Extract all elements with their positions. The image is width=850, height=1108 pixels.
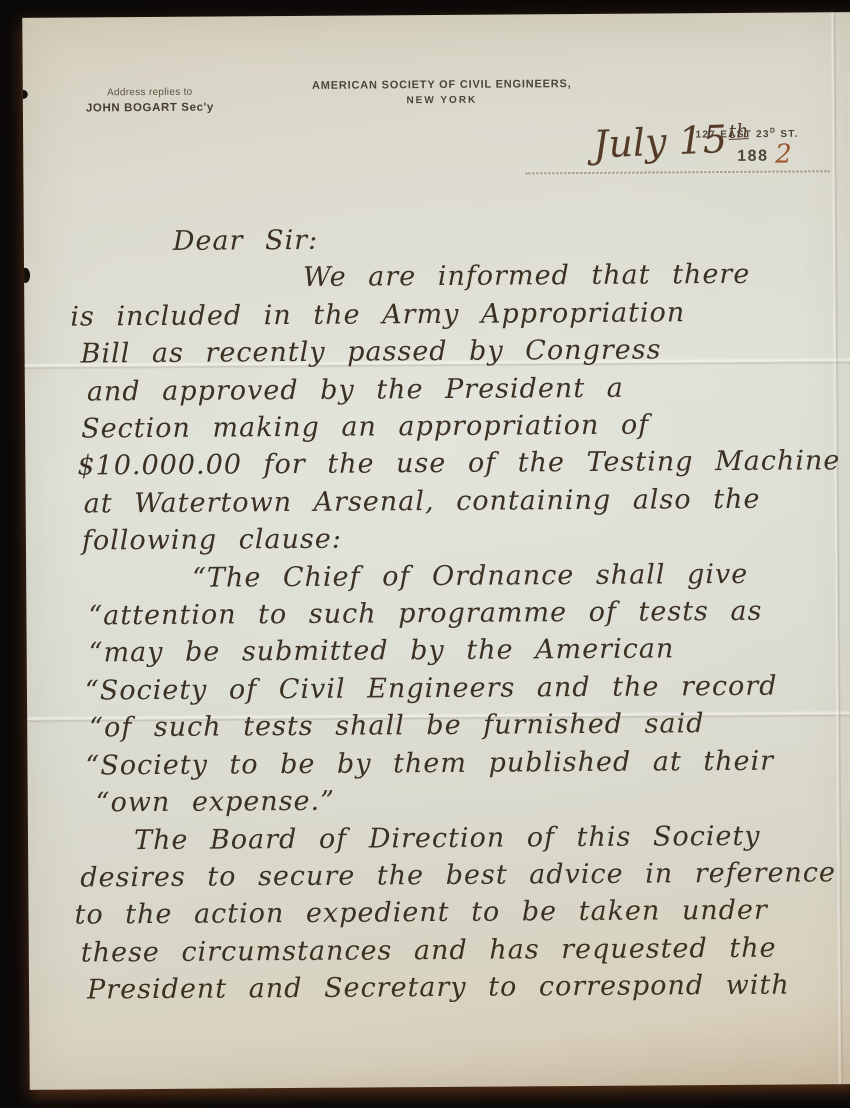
quoted-line: “may be submitted by the American: [73, 630, 850, 673]
letter-line: to the action expedient to be taken unde…: [74, 891, 850, 934]
date-day: July 15: [592, 117, 727, 167]
quoted-line: “of such tests shall be furnished said: [73, 704, 850, 747]
quoted-line: “own expense.”: [74, 779, 850, 822]
secretary-name: JOHN BOGART Sec'y: [65, 100, 235, 115]
letter-line: is included in the Army Appropriation: [70, 293, 850, 336]
organization-block: AMERICAN SOCIETY OF CIVIL ENGINEERS, NEW…: [292, 77, 592, 109]
quoted-line: “The Chief of Ordnance shall give: [72, 555, 850, 598]
reply-address-note: Address replies to: [65, 85, 235, 100]
letter-line: We are informed that there: [70, 256, 850, 299]
letter-line: and approved by the President a: [71, 368, 850, 411]
handwritten-year-digit: 2: [775, 140, 792, 170]
date-rule: July 15th 188 2: [525, 136, 829, 174]
letter-line: President and Secretary to correspond wi…: [75, 966, 850, 1009]
paper-edge-notch: [22, 90, 28, 99]
organization-name: AMERICAN SOCIETY OF CIVIL ENGINEERS,: [292, 77, 592, 93]
letter-line: following clause:: [72, 517, 850, 560]
printed-year: 188: [737, 148, 768, 166]
salutation: Dear Sir:: [70, 218, 850, 261]
quoted-line: “attention to such programme of tests as: [72, 592, 850, 635]
quoted-line: “Society of Civil Engineers and the reco…: [73, 667, 850, 710]
letter-line: $10.000.00 for the use of the Testing Ma…: [71, 443, 850, 486]
letter-line: these circumstances and has requested th…: [75, 929, 850, 972]
letter-line: The Board of Direction of this Society: [74, 817, 850, 860]
letter-line: Bill as recently passed by Congress: [70, 330, 850, 373]
letter-page: Address replies to JOHN BOGART Sec'y AME…: [22, 12, 850, 1090]
handwritten-date: July 15th: [592, 116, 749, 166]
date-ordinal: th: [728, 120, 749, 143]
reply-address-block: Address replies to JOHN BOGART Sec'y: [65, 85, 235, 115]
letter-line: Section making an appropriation of: [71, 405, 850, 448]
letter-line: desires to secure the best advice in ref…: [74, 854, 850, 897]
letter-body: Dear Sir: We are informed that there is …: [70, 218, 850, 1009]
paper-edge-notch: [22, 268, 30, 283]
organization-city: NEW YORK: [292, 93, 592, 109]
quoted-line: “Society to be by them published at thei…: [73, 742, 850, 785]
letter-line: at Watertown Arsenal, containing also th…: [72, 480, 850, 523]
